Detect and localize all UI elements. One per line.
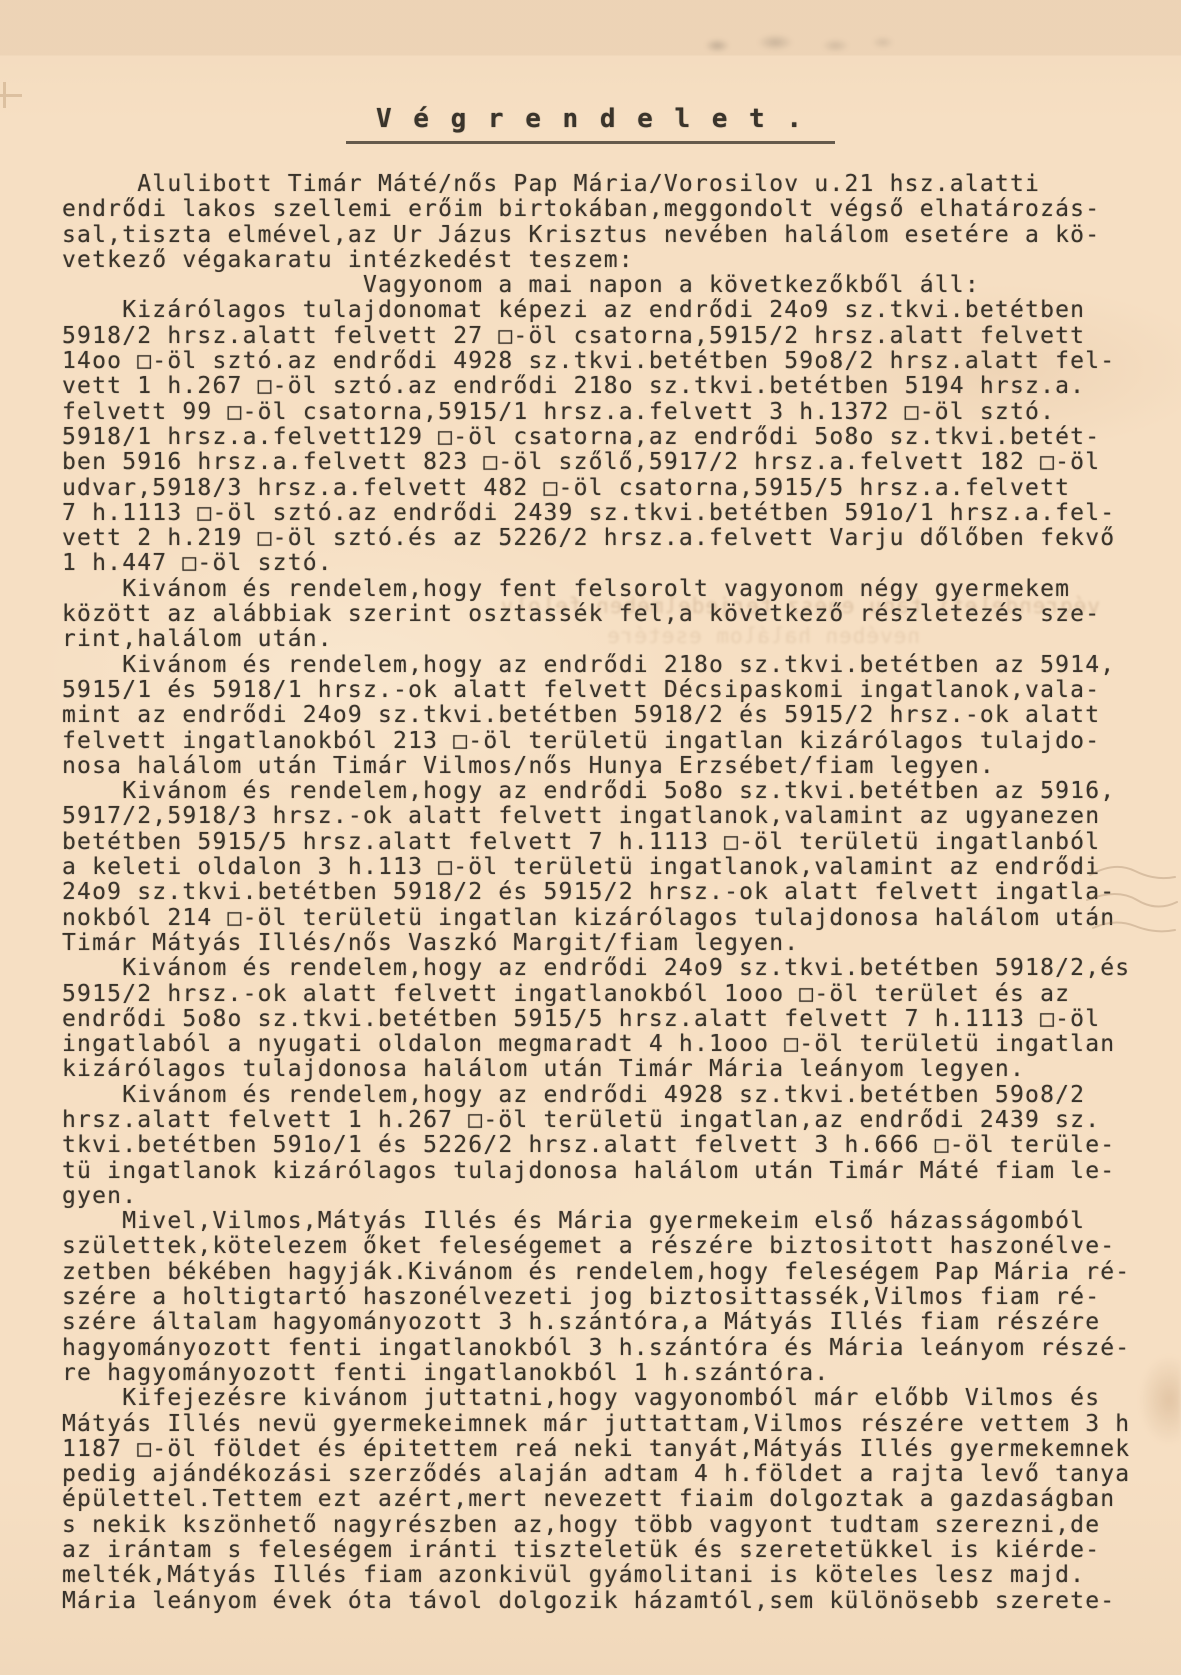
text-line: nosa halálom után Timár Vilmos/nős Hunya… <box>62 754 1152 779</box>
text-line: ingatlaból a nyugati oldalon megmaradt 4… <box>62 1032 1152 1057</box>
text-line: Vagyonom a mai napon a következőkből áll… <box>62 273 1152 298</box>
text-line: 5918/1 hrsz.a.felvett129 □-öl csatorna,a… <box>62 425 1152 450</box>
text-line: endrődi lakos szellemi erőim birtokában,… <box>62 197 1152 222</box>
text-line: Kivánom és rendelem,hogy az endrődi 4928… <box>62 1083 1152 1108</box>
text-line: Kivánom és rendelem,hogy az endrődi 5o8o… <box>62 779 1152 804</box>
text-line: gyen. <box>62 1184 1152 1209</box>
text-line: 5917/2,5918/3 hrsz.-ok alatt felvett ing… <box>62 804 1152 829</box>
text-line: vetkező végakaratu intézkedést teszem: <box>62 248 1152 273</box>
text-line: 1187 □-öl földet és épitettem reá neki t… <box>62 1437 1152 1462</box>
text-line: 5918/2 hrsz.alatt felvett 27 □-öl csator… <box>62 324 1152 349</box>
text-line: Kizárólagos tulajdonomat képezi az endrő… <box>62 298 1152 323</box>
text-line: kizárólagos tulajdonosa halálom után Tim… <box>62 1057 1152 1082</box>
text-line: sal,tiszta elmével,az Ur Jázus Krisztus … <box>62 223 1152 248</box>
text-line: udvar,5918/3 hrsz.a.felvett 482 □-öl csa… <box>62 476 1152 501</box>
document-body: Alulibott Timár Máté/nős Pap Mária/Voros… <box>62 172 1152 1614</box>
text-line: 24o9 sz.tkvi.betétben 5918/2 és 5915/2 h… <box>62 880 1152 905</box>
text-line: Alulibott Timár Máté/nős Pap Mária/Voros… <box>62 172 1152 197</box>
text-line: pedig ajándékozási szerződés alaján adta… <box>62 1462 1152 1487</box>
text-line: ben 5916 hrsz.a.felvett 823 □-öl szőlő,5… <box>62 450 1152 475</box>
ink-smudge <box>685 28 900 60</box>
text-line: zetben békében hagyják.Kivánom és rendel… <box>62 1260 1152 1285</box>
text-line: születtek,kötelezem őket feleségemet a r… <box>62 1234 1152 1259</box>
text-line: rint,halálom után. <box>62 627 1152 652</box>
text-line: Kivánom és rendelem,hogy az endrődi 24o9… <box>62 956 1152 981</box>
text-line: Kifejezésre kivánom juttatni,hogy vagyon… <box>62 1386 1152 1411</box>
text-line: melték,Mátyás Illés fiam azonkivül gyámo… <box>62 1563 1152 1588</box>
text-line: épülettel.Tettem ezt azért,mert nevezett… <box>62 1487 1152 1512</box>
text-line: Timár Mátyás Illés/nős Vaszkó Margit/fia… <box>62 931 1152 956</box>
text-line: a keleti oldalon 3 h.113 □-öl területü i… <box>62 855 1152 880</box>
text-line: 1 h.447 □-öl sztó. <box>62 551 1152 576</box>
text-line: tkvi.betétben 591o/1 és 5226/2 hrsz.alat… <box>62 1133 1152 1158</box>
document-title: V é g r e n d e l e t . <box>346 104 835 144</box>
text-line: vett 2 h.219 □-öl sztó.és az 5226/2 hrsz… <box>62 526 1152 551</box>
text-line: s nekik kszönhető nagyrészben az,hogy tö… <box>62 1513 1152 1538</box>
pencil-squiggle <box>1085 860 1180 950</box>
document-page: végrendeleti tanu egész terjedelmében fe… <box>0 0 1181 1675</box>
text-line: Kivánom és rendelem,hogy az endrődi 218o… <box>62 653 1152 678</box>
text-line: Mivel,Vilmos,Mátyás Illés és Mária gyerm… <box>62 1209 1152 1234</box>
text-line: Mátyás Illés nevü gyermekeimnek már jutt… <box>62 1412 1152 1437</box>
text-line: vett 1 h.267 □-öl sztó.az endrődi 218o s… <box>62 374 1152 399</box>
text-line: Mária leányom évek óta távol dolgozik há… <box>62 1589 1152 1614</box>
text-line: 5915/1 és 5918/1 hrsz.-ok alatt felvett … <box>62 678 1152 703</box>
text-line: 5915/2 hrsz.-ok alatt felvett ingatlanok… <box>62 982 1152 1007</box>
text-line: hrsz.alatt felvett 1 h.267 □-öl területü… <box>62 1108 1152 1133</box>
text-line: 7 h.1113 □-öl sztó.az endrődi 2439 sz.tk… <box>62 501 1152 526</box>
text-line: Kivánom és rendelem,hogy fent felsorolt … <box>62 577 1152 602</box>
text-line: nokból 214 □-öl területü ingatlan kizáró… <box>62 906 1152 931</box>
text-line: az irántam s feleségem iránti tiszteletü… <box>62 1538 1152 1563</box>
text-line: 14oo □-öl sztó.az endrődi 4928 sz.tkvi.b… <box>62 349 1152 374</box>
text-line: szére általam hagyományozott 3 h.szántór… <box>62 1310 1152 1335</box>
text-line: endrődi 5o8o sz.tkvi.betétben 5915/5 hrs… <box>62 1007 1152 1032</box>
title-row: V é g r e n d e l e t . <box>0 104 1181 144</box>
text-line: felvett ingatlanokból 213 □-öl területü … <box>62 729 1152 754</box>
text-line: re hagyományozott fenti ingatlanokból 1 … <box>62 1361 1152 1386</box>
text-line: felvett 99 □-öl csatorna,5915/1 hrsz.a.f… <box>62 400 1152 425</box>
text-line: mint az endrődi 24o9 sz.tkvi.betétben 59… <box>62 703 1152 728</box>
text-line: szére a holtigtartó haszonélvezeti jog b… <box>62 1285 1152 1310</box>
text-line: között az alábbiak szerint osztassék fel… <box>62 602 1152 627</box>
text-line: hagyományozott fenti ingatlanokból 3 h.s… <box>62 1336 1152 1361</box>
text-line: tü ingatlanok kizárólagos tulajdonosa ha… <box>62 1159 1152 1184</box>
text-line: betétben 5915/5 hrsz.alatt felvett 7 h.1… <box>62 830 1152 855</box>
